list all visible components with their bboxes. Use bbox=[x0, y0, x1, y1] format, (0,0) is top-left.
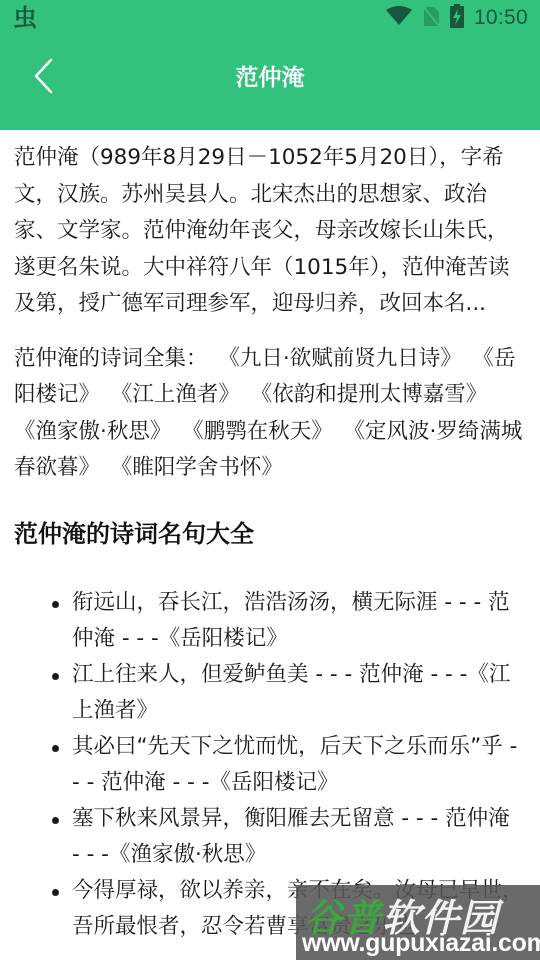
status-time: 10:50 bbox=[474, 6, 528, 30]
section-title: 范仲淹的诗词名句大全 bbox=[14, 517, 528, 551]
quote-item[interactable]: 塞下秋来风景异，衡阳雁去无留意 - - - 范仲淹 - - -《渔家傲·秋思》 bbox=[72, 801, 528, 873]
back-button[interactable] bbox=[22, 54, 66, 102]
bio-paragraph: 范仲淹（989年8月29日－1052年5月20日），字希文，汉族。苏州吴县人。北… bbox=[14, 140, 528, 323]
quote-item[interactable]: 江上往来人，但爱鲈鱼美 - - - 范仲淹 - - -《江上渔者》 bbox=[72, 657, 528, 729]
watermark-overlay: 谷普软件园 www.gupuxiazai.com bbox=[296, 885, 540, 960]
wifi-icon bbox=[386, 6, 412, 30]
content: 范仲淹（989年8月29日－1052年5月20日），字希文，汉族。苏州吴县人。北… bbox=[0, 130, 540, 945]
chevron-left-icon bbox=[33, 58, 55, 98]
page-title: 范仲淹 bbox=[0, 38, 540, 118]
status-icons: 10:50 bbox=[386, 4, 528, 32]
status-bar: 虫 10:50 bbox=[0, 0, 540, 38]
work-link[interactable]: 《依韵和提刑太博嘉雪》 bbox=[251, 382, 488, 407]
toolbar: 范仲淹 bbox=[0, 38, 540, 118]
works-list: 范仲淹的诗词全集： 《九日·欲赋前贤九日诗》 《岳阳楼记》 《江上渔者》 《依韵… bbox=[14, 341, 528, 487]
no-sim-icon bbox=[422, 5, 440, 31]
app-bar: 虫 10:50 范仲淹 bbox=[0, 0, 540, 130]
works-label: 范仲淹的诗词全集： bbox=[14, 346, 208, 371]
work-link[interactable]: 《九日·欲赋前贤九日诗》 bbox=[218, 346, 461, 371]
work-link[interactable]: 《睢阳学舍书怀》 bbox=[111, 455, 283, 480]
watermark-url: www.gupuxiazai.com bbox=[302, 929, 540, 958]
work-link[interactable]: 《江上渔者》 bbox=[111, 382, 240, 407]
quote-item[interactable]: 其必曰“先天下之忧而忧，后天下之乐而乐”乎 - - - 范仲淹 - - -《岳阳… bbox=[72, 729, 528, 801]
app-notification-icon: 虫 bbox=[13, 4, 41, 32]
work-link[interactable]: 《鹏鹗在秋天》 bbox=[182, 419, 333, 444]
quote-item[interactable]: 衔远山，吞长江，浩浩汤汤，横无际涯 - - - 范仲淹 - - -《岳阳楼记》 bbox=[72, 585, 528, 657]
battery-charging-icon bbox=[450, 4, 464, 32]
work-link[interactable]: 《渔家傲·秋思》 bbox=[14, 419, 171, 444]
